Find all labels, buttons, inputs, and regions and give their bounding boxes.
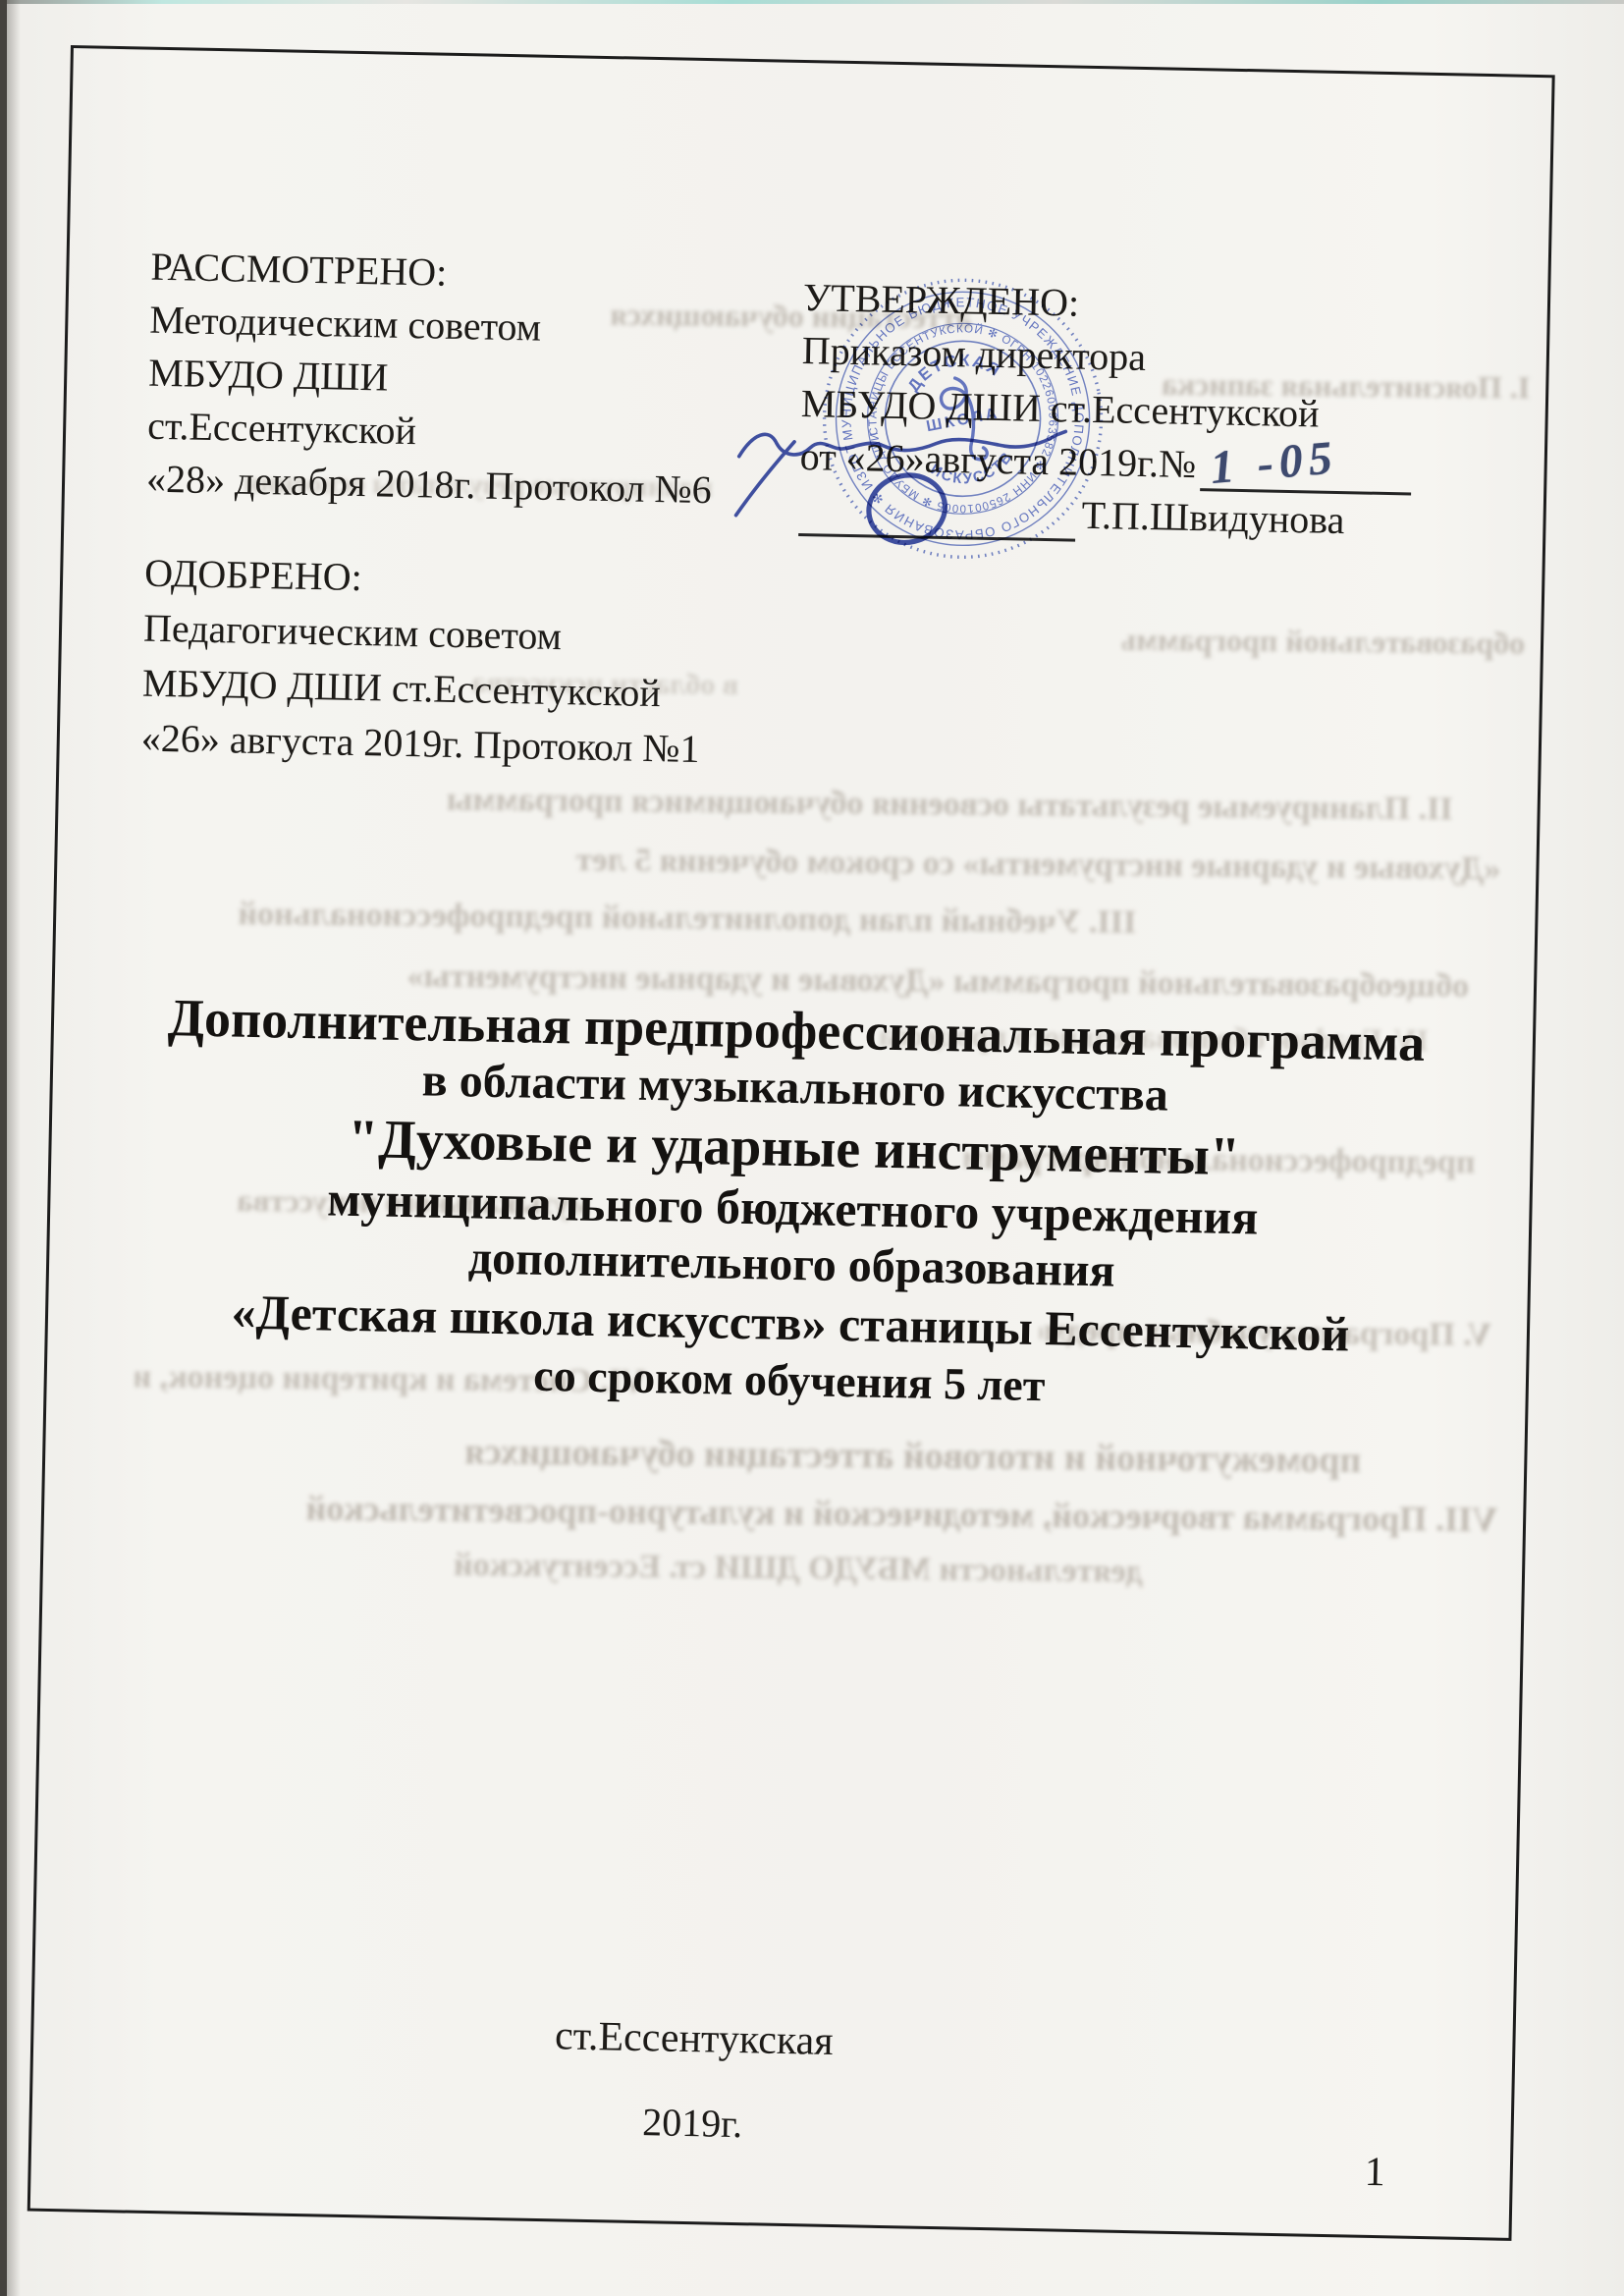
scan-top-edge [0, 0, 1624, 4]
scanned-document-page: аттестации обучающихся I. Пояснительная … [0, 0, 1624, 2296]
title-block: Дополнительная предпрофессиональная прог… [111, 987, 1474, 1423]
signature-stroke [739, 425, 1066, 464]
scan-left-edge-shadow [7, 0, 21, 2296]
signature-ink-loop [862, 467, 951, 550]
page-number: 1 [1364, 2149, 1385, 2196]
page-border-frame: аттестации обучающихся I. Пояснительная … [27, 45, 1555, 2241]
scan-left-edge [0, 0, 7, 2296]
